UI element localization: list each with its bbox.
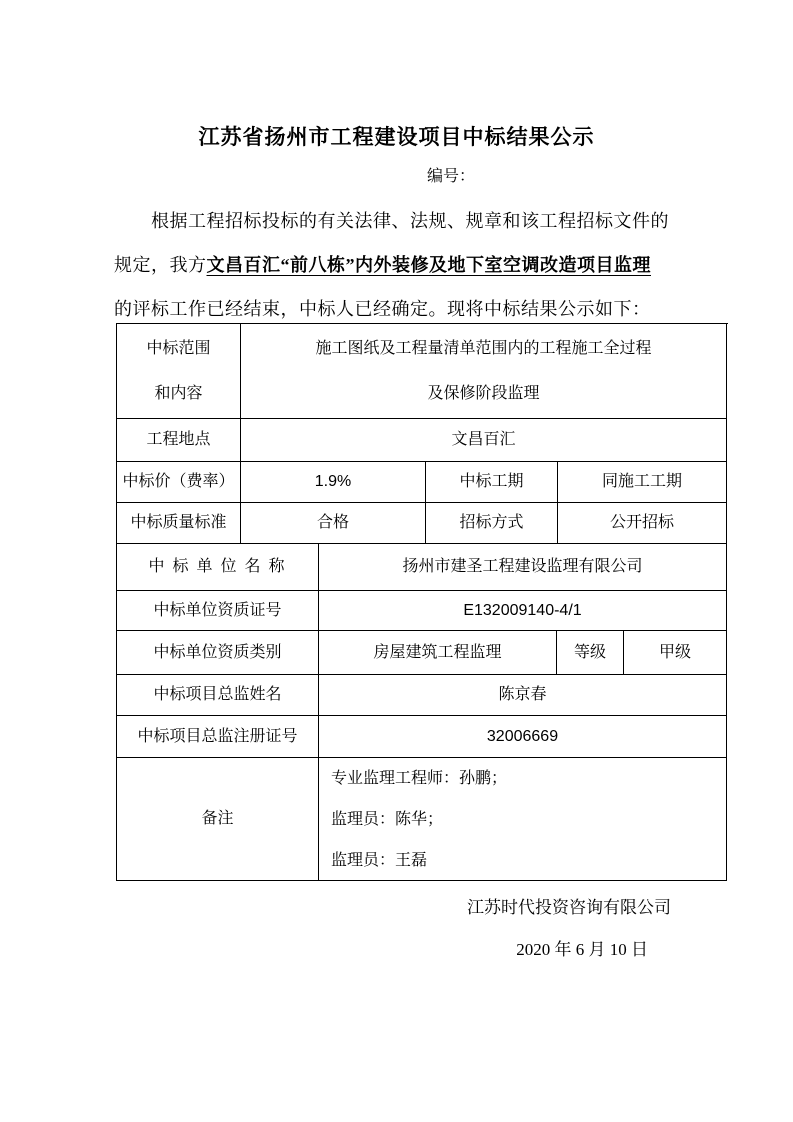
project-name-emphasis: 文昌百汇“前八栋”内外装修及地下室空调改造项目监理: [207, 255, 652, 275]
table-row-quality: 中标质量标准 合格 招标方式 公开招标: [117, 503, 728, 544]
intro-line-2: 规定，我方文昌百汇“前八栋”内外装修及地下室空调改造项目监理: [114, 243, 684, 287]
table-row-cert-type: 中标单位资质类别 房屋建筑工程监理 等级 甲级: [117, 631, 728, 675]
table-row-winner: 中 标 单 位 名 称 扬州市建圣工程建设监理有限公司: [117, 544, 728, 591]
method-label-cell: 招标方式: [426, 503, 558, 544]
scope-value-cell: 施工图纸及工程量清单范围内的工程施工全过程 及保修阶段监理: [241, 324, 727, 419]
grade-label-cell: 等级: [557, 631, 624, 675]
table-row-price: 中标价（费率） 1.9% 中标工期 同施工工期: [117, 462, 728, 503]
footer-company-name: 江苏时代投资咨询有限公司: [0, 893, 671, 918]
remarks-label-cell: 备注: [117, 758, 319, 881]
intro-line-2-prefix: 规定，我方: [114, 255, 207, 275]
cert-no-label-cell: 中标单位资质证号: [117, 591, 319, 631]
winner-value-cell: 扬州市建圣工程建设监理有限公司: [319, 544, 727, 591]
supervisor-reg-label-cell: 中标项目总监注册证号: [117, 716, 319, 758]
remarks-line-3: 监理员：王磊: [331, 840, 427, 881]
remarks-line-1: 专业监理工程师：孙鹏；: [331, 758, 507, 799]
scope-label-cell: 中标范围 和内容: [117, 324, 241, 419]
cert-no-value-cell: E132009140-4/1: [319, 591, 727, 631]
method-value-cell: 公开招标: [558, 503, 727, 544]
grade-value-cell: 甲级: [624, 631, 727, 675]
table-row-remarks: 备注 专业监理工程师：孙鹏； 监理员：陈华； 监理员：王磊: [117, 758, 728, 881]
price-value-cell: 1.9%: [241, 462, 426, 503]
duration-value-cell: 同施工工期: [558, 462, 727, 503]
scope-label-line2: 和内容: [154, 371, 202, 416]
supervisor-label-cell: 中标项目总监姓名: [117, 675, 319, 716]
document-page: 江苏省扬州市工程建设项目中标结果公示 编号： 根据工程招标投标的有关法律、法规、…: [0, 0, 793, 1122]
scope-value-line2: 及保修阶段监理: [427, 371, 539, 416]
scope-value-line1: 施工图纸及工程量清单范围内的工程施工全过程: [315, 326, 651, 371]
table-row-supervisor-reg: 中标项目总监注册证号 32006669: [117, 716, 728, 758]
supervisor-value-cell: 陈京春: [319, 675, 727, 716]
quality-value-cell: 合格: [241, 503, 426, 544]
cert-type-label-cell: 中标单位资质类别: [117, 631, 319, 675]
cert-type-value-cell: 房屋建筑工程监理: [319, 631, 557, 675]
location-value-cell: 文昌百汇: [241, 419, 727, 462]
supervisor-reg-value-cell: 32006669: [319, 716, 727, 758]
document-title: 江苏省扬州市工程建设项目中标结果公示: [0, 121, 793, 151]
bid-result-table: 中标范围 和内容 施工图纸及工程量清单范围内的工程施工全过程 及保修阶段监理 工…: [116, 323, 728, 881]
reference-number-label: 编号：: [427, 166, 475, 188]
table-row-supervisor: 中标项目总监姓名 陈京春: [117, 675, 728, 716]
intro-paragraph: 根据工程招标投标的有关法律、法规、规章和该工程招标文件的 规定，我方文昌百汇“前…: [114, 199, 684, 331]
table-row-cert-no: 中标单位资质证号 E132009140-4/1: [117, 591, 728, 631]
footer-date: 2020 年 6 月 10 日: [0, 935, 648, 960]
remarks-value-cell: 专业监理工程师：孙鹏； 监理员：陈华； 监理员：王磊: [319, 758, 727, 881]
winner-label-cell: 中 标 单 位 名 称: [117, 544, 319, 591]
duration-label-cell: 中标工期: [426, 462, 558, 503]
table-row-location: 工程地点 文昌百汇: [117, 419, 728, 462]
scope-label-line1: 中标范围: [146, 326, 210, 371]
table-row-scope: 中标范围 和内容 施工图纸及工程量清单范围内的工程施工全过程 及保修阶段监理: [117, 324, 728, 419]
price-label-cell: 中标价（费率）: [117, 462, 241, 503]
location-label-cell: 工程地点: [117, 419, 241, 462]
intro-line-1: 根据工程招标投标的有关法律、法规、规章和该工程招标文件的: [114, 199, 684, 243]
quality-label-cell: 中标质量标准: [117, 503, 241, 544]
remarks-line-2: 监理员：陈华；: [331, 799, 443, 840]
